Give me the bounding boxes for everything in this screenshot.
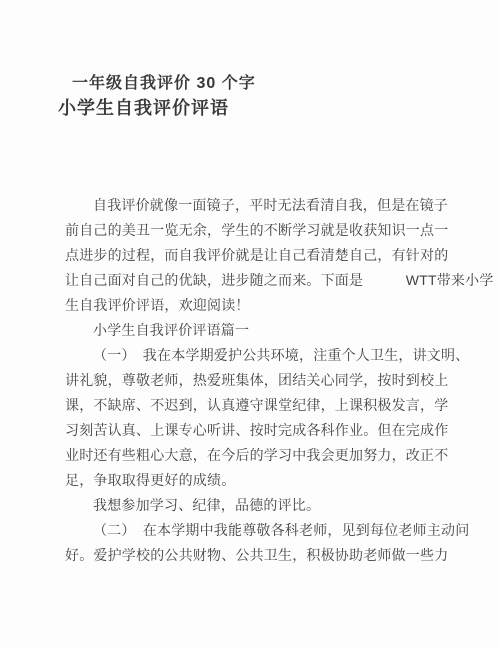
text-line: 习刻苦认真、上课专心听讲、按时完成各科作业。但在完成作 [65,418,443,443]
text-line: （一） 我在本学期爱护公共环境，注重个人卫生，讲文明、 [65,343,443,368]
text-line: 我想参加学习、纪律，品德的评比。 [65,493,443,518]
document-title: 一年级自我评价 30 个字 [72,70,256,93]
document-body: 自我评价就像一面镜子，平时无法看清自我，但是在镜子 前自己的美丑一览无余，学生的… [65,193,443,568]
document-page: 一年级自我评价 30 个字 小学生自我评价评语 自我评价就像一面镜子，平时无法看… [0,0,500,648]
text-line-section-heading: 小学生自我评价评语篇一 [65,318,443,343]
text-line: 足，争取取得更好的成绩。 [65,468,443,493]
document-subtitle: 小学生自我评价评语 [58,94,229,120]
text-line: 好。爱护学校的公共财物、公共卫生，积极协助老师做一些力 [65,543,443,568]
text-line: 业时还有些粗心大意，在今后的学习中我会更加努力，改正不 [65,443,443,468]
text-line: （二） 在本学期中我能尊敬各科老师，见到每位老师主动问 [65,518,443,543]
text-line: 讲礼貌，尊敬老师，热爱班集体，团结关心同学，按时到校上 [65,368,443,393]
text-line: 让自己面对自己的优缺，进步随之而来。下面是 WTT带来小学 [65,268,443,293]
text-line: 生自我评价评语，欢迎阅读！ [65,293,443,318]
text-line: 课，不缺席、不迟到，认真遵守课堂纪律，上课积极发言，学 [65,393,443,418]
text-line: 前自己的美丑一览无余，学生的不断学习就是收获知识一点一 [65,218,443,243]
text-line: 自我评价就像一面镜子，平时无法看清自我，但是在镜子 [65,193,443,218]
text-line: 点进步的过程，而自我评价就是让自己看清楚自己，有针对的 [65,243,443,268]
